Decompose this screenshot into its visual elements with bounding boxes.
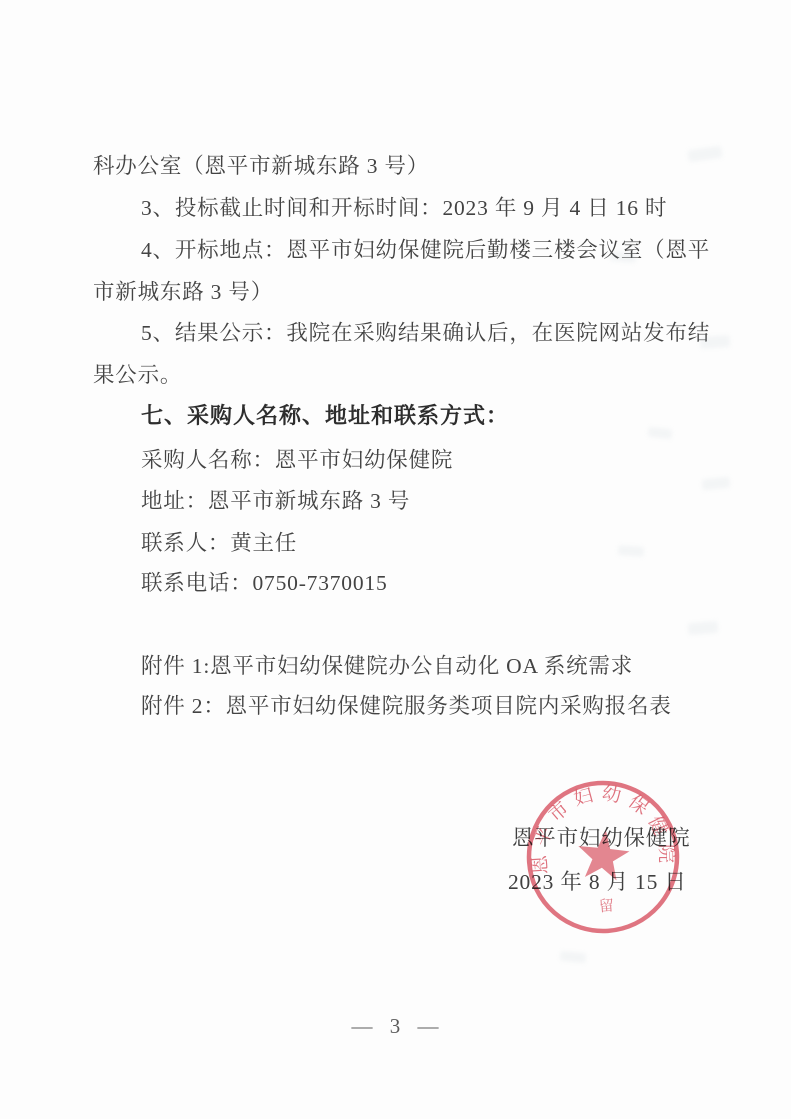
doc-line: 地址：恩平市新城东路 3 号: [141, 489, 410, 513]
doc-line: 采购人名称：恩平市妇幼保健院: [141, 448, 453, 472]
seal-star-icon: [575, 827, 631, 881]
scan-artifact: [618, 545, 645, 557]
doc-line: 5、结果公示：我院在采购结果确认后，在医院网站发布结: [141, 321, 710, 345]
official-seal: 恩平市妇幼保健院 留: [521, 775, 685, 939]
page-number: — 3 —: [0, 1014, 791, 1039]
scan-artifact: [647, 427, 672, 440]
doc-line: 科办公室（恩平市新城东路 3 号）: [93, 154, 429, 178]
attachment-line: 附件 2：恩平市妇幼保健院服务类项目院内采购报名表: [141, 694, 672, 718]
doc-line: 市新城东路 3 号）: [93, 280, 273, 304]
doc-line: 联系电话：0750-7370015: [141, 571, 388, 595]
scan-artifact: [687, 146, 722, 163]
doc-line: 联系人：黄主任: [141, 531, 297, 555]
section-heading: 七、采购人名称、地址和联系方式：: [141, 404, 509, 428]
document-page: 科办公室（恩平市新城东路 3 号） 3、投标截止时间和开标时间：2023 年 9…: [0, 0, 791, 1119]
attachment-line: 附件 1:恩平市妇幼保健院办公自动化 OA 系统需求: [141, 654, 633, 678]
scan-artifact: [702, 477, 731, 491]
doc-line: 4、开标地点：恩平市妇幼保健院后勤楼三楼会议室（恩平: [141, 238, 710, 262]
scan-artifact: [560, 951, 587, 964]
doc-line: 果公示。: [93, 363, 182, 387]
seal-bottom-text: 留: [598, 897, 614, 915]
scan-artifact: [688, 621, 719, 636]
doc-line: 3、投标截止时间和开标时间：2023 年 9 月 4 日 16 时: [141, 196, 667, 220]
